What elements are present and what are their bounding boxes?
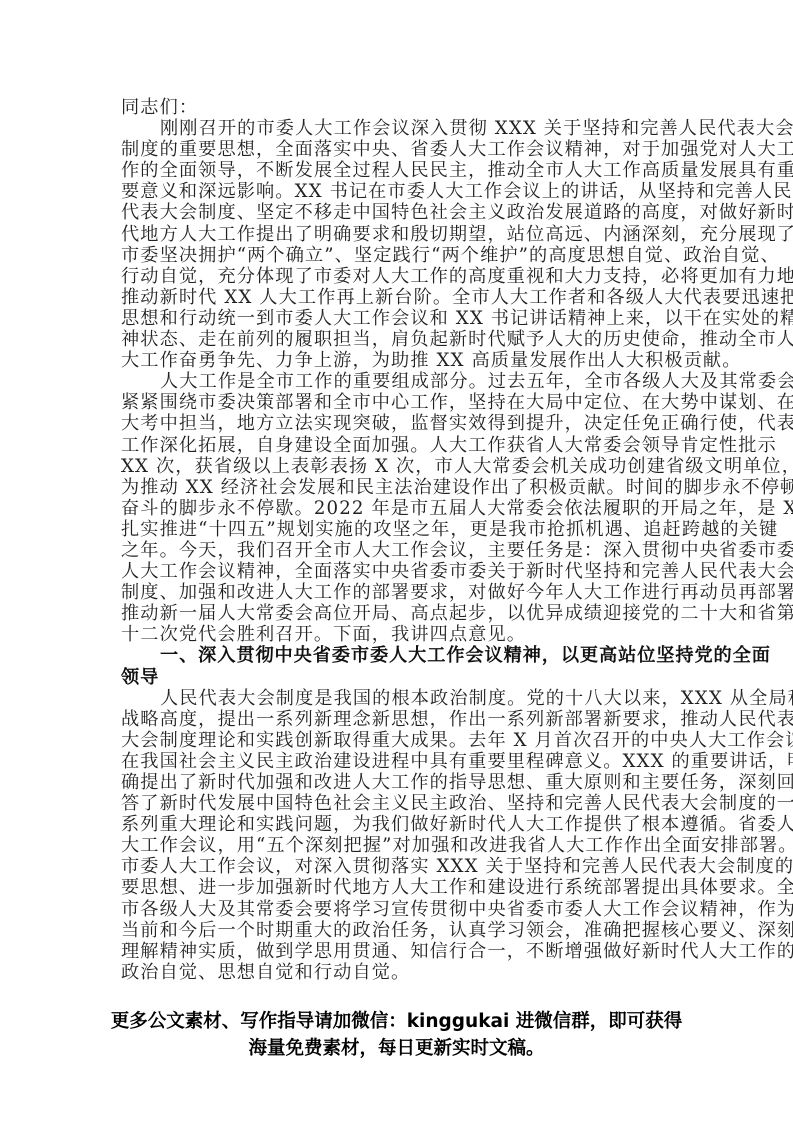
paragraph-line: 在我国社会主义民主政治建设进程中具有重要里程碑意义。XXX 的重要讲话，明 bbox=[121, 751, 677, 772]
paragraph-line: 制度、加强和改进人大工作的部署要求，对做好今年人大工作进行再动员再部署， bbox=[121, 582, 677, 603]
paragraph-line: 代表大会制度、坚定不移走中国特色社会主义政治发展道路的高度，对做好新时 bbox=[121, 202, 677, 223]
paragraph-2: 人大工作是全市工作的重要组成部分。过去五年，全市各级人大及其常委会 紧紧围绕市委… bbox=[121, 371, 677, 645]
paragraph-line: 市委坚决拥护“两个确立”、坚定践行“两个维护”的高度思想自觉、政治自觉、 bbox=[121, 245, 677, 266]
paragraph-line: 市委人大工作会议，对深入贯彻落实 XXX 关于坚持和完善人民代表大会制度的重 bbox=[121, 856, 677, 877]
paragraph-line: 要意义和深远影响。XX 书记在市委人大工作会议上的讲话，从坚持和完善人民 bbox=[121, 181, 677, 202]
paragraph-line: 答了新时代发展中国特色社会主义民主政治、坚持和完善人民代表大会制度的一 bbox=[121, 793, 677, 814]
paragraph-line: 紧紧围绕市委决策部署和全市中心工作，坚持在大局中定位、在大势中谋划、在 bbox=[121, 392, 677, 413]
paragraph-line: 人大工作是全市工作的重要组成部分。过去五年，全市各级人大及其常委会 bbox=[121, 371, 677, 392]
paragraph-line: 为推动 XX 经济社会发展和民主法治建设作出了积极贡献。时间的脚步永不停顿， bbox=[121, 477, 677, 498]
paragraph-line: 市各级人大及其常委会要将学习宣传贯彻中央省委市委人大工作会议精神，作为 bbox=[121, 899, 677, 920]
paragraph-line: 政治自觉、思想自觉和行动自觉。 bbox=[121, 962, 677, 983]
paragraph-line: 制度的重要思想，全面落实中央、省委人大工作会议精神，对于加强党对人大工 bbox=[121, 139, 677, 160]
document-body: 同志们： 刚刚召开的市委人大工作会议深入贯彻 XXX 关于坚持和完善人民代表大会… bbox=[121, 97, 677, 983]
paragraph-line: 人民代表大会制度是我国的根本政治制度。党的十八大以来，XXX 从全局和 bbox=[121, 688, 677, 709]
paragraph-line: 理解精神实质，做到学思用贯通、知信行合一，不断增强做好新时代人大工作的 bbox=[121, 941, 677, 962]
paragraph-line: 战略高度，提出一系列新理念新思想，作出一系列新部署新要求，推动人民代表 bbox=[121, 709, 677, 730]
paragraph-line: 要思想、进一步加强新时代地方人大工作和建设进行系统部署提出具体要求。全 bbox=[121, 877, 677, 898]
paragraph-line: 扎实推进“十四五”规划实施的攻坚之年，更是我市抢抓机遇、追赶跨越的关键 bbox=[121, 519, 677, 540]
heading-line: 一、深入贯彻中央省委市委人大工作会议精神，以更高站位坚持党的全面 bbox=[121, 645, 677, 666]
promo-footer: 更多公文素材、写作指导请加微信：kinggukai 进微信群，即可获得 海量免费… bbox=[0, 1008, 793, 1062]
paragraph-line: 作的全面领导，不断发展全过程人民民主，推动全市人大工作高质量发展具有重 bbox=[121, 160, 677, 181]
paragraph-line: 推动新时代 XX 人大工作再上新台阶。全市人大工作者和各级人大代表要迅速把 bbox=[121, 287, 677, 308]
paragraph-line: 大工作奋勇争先、力争上游，为助推 XX 高质量发展作出人大积极贡献。 bbox=[121, 350, 677, 371]
paragraph-line: 思想和行动统一到市委人大工作会议和 XX 书记讲话精神上来，以干在实处的精 bbox=[121, 308, 677, 329]
footer-line: 更多公文素材、写作指导请加微信：kinggukai 进微信群，即可获得 bbox=[0, 1008, 793, 1035]
paragraph-line: 刚刚召开的市委人大工作会议深入贯彻 XXX 关于坚持和完善人民代表大会 bbox=[121, 118, 677, 139]
paragraph-line: 确提出了新时代加强和改进人大工作的指导思想、重大原则和主要任务，深刻回 bbox=[121, 772, 677, 793]
paragraph-line: 神状态、走在前列的履职担当，肩负起新时代赋予人大的历史使命，推动全市人 bbox=[121, 329, 677, 350]
paragraph-line: 之年。今天，我们召开全市人大工作会议，主要任务是：深入贯彻中央省委市委 bbox=[121, 540, 677, 561]
paragraph-line: 十二次党代会胜利召开。下面，我讲四点意见。 bbox=[121, 624, 677, 645]
paragraph-line: 大工作会议，用“五个深刻把握”对加强和改进我省人大工作作出全面安排部署。 bbox=[121, 835, 677, 856]
section-heading: 一、深入贯彻中央省委市委人大工作会议精神，以更高站位坚持党的全面 领导 bbox=[121, 645, 677, 687]
paragraph-line: 当前和今后一个时期重大的政治任务，认真学习领会，准确把握核心要义、深刻 bbox=[121, 920, 677, 941]
paragraph-3: 人民代表大会制度是我国的根本政治制度。党的十八大以来，XXX 从全局和 战略高度… bbox=[121, 688, 677, 983]
heading-line: 领导 bbox=[121, 667, 677, 688]
paragraph-line: 代地方人大工作提出了明确要求和殷切期望，站位高远、内涵深刻，充分展现了 bbox=[121, 224, 677, 245]
paragraph-line: 人大工作会议精神，全面落实中央省委市委关于新时代坚持和完善人民代表大会 bbox=[121, 561, 677, 582]
paragraph-line: 奋斗的脚步永不停歇。2022 年是市五届人大常委会依法履职的开局之年，是 XX bbox=[121, 498, 677, 519]
paragraph-line: 系列重大理论和实践问题，为我们做好新时代人大工作提供了根本遵循。省委人 bbox=[121, 814, 677, 835]
greeting: 同志们： bbox=[121, 97, 677, 118]
paragraph-line: XX 次，获省级以上表彰表扬 X 次，市人大常委会机关成功创建省级文明单位， bbox=[121, 456, 677, 477]
paragraph-line: 大会制度理论和实践创新取得重大成果。去年 X 月首次召开的中央人大工作会议， bbox=[121, 730, 677, 751]
paragraph-1: 刚刚召开的市委人大工作会议深入贯彻 XXX 关于坚持和完善人民代表大会 制度的重… bbox=[121, 118, 677, 371]
paragraph-line: 大考中担当，地方立法实现突破，监督实效得到提升，决定任免正确行使，代表 bbox=[121, 413, 677, 434]
paragraph-line: 行动自觉，充分体现了市委对人大工作的高度重视和大力支持，必将更加有力地 bbox=[121, 266, 677, 287]
paragraph-line: 工作深化拓展，自身建设全面加强。人大工作获省人大常委会领导肯定性批示 bbox=[121, 435, 677, 456]
paragraph-line: 推动新一届人大常委会高位开局、高点起步，以优异成绩迎接党的二十大和省第 bbox=[121, 603, 677, 624]
footer-line: 海量免费素材，每日更新实时文稿。 bbox=[0, 1035, 793, 1062]
